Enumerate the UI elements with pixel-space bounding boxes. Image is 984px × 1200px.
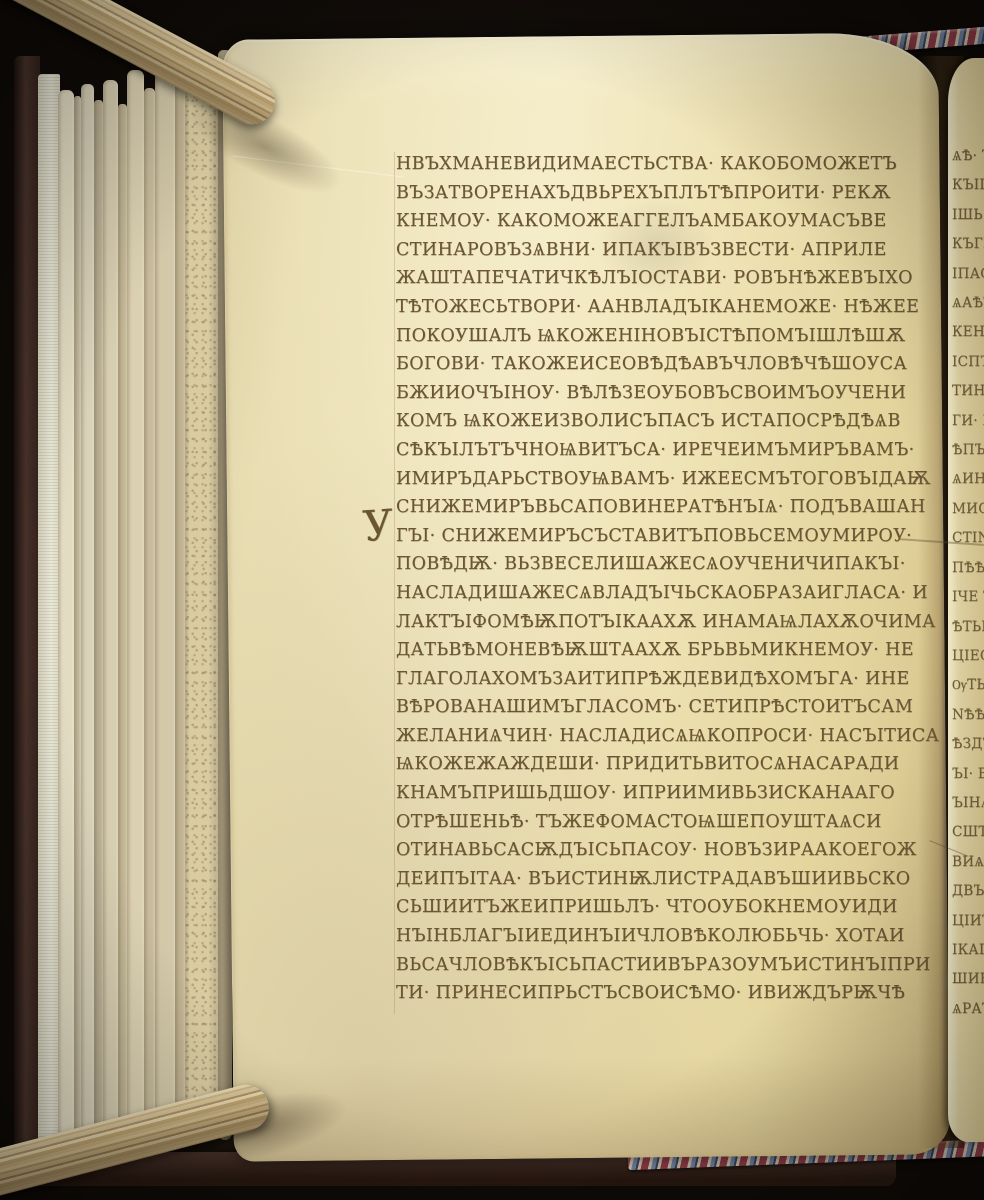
manuscript-line: ЖЕЛАНИѦЧИН· НАСЛАДИСѦѨКОПРОСИ· НАСЪІТИСА: [396, 722, 962, 751]
manuscript-line: ѨКОЖЕЖАЖДЕШИ· ПРИДИТЬВИТОСѦНАСАРАДИ: [396, 750, 962, 779]
manuscript-photo: { "manuscript": { "marginal_initial": "У…: [0, 0, 984, 1200]
ruling-line: [394, 152, 395, 1014]
next-page-line-fragment: КЪГВ: [952, 230, 984, 259]
manuscript-line: ГЪІ· СНИЖЕМИРЪСЪСТАВИТЪПОВЬСЕМОУМИРОУ·: [396, 522, 962, 551]
manuscript-line: ТИ· ПРИНЕСИПРЬСТЪСВОИСѢМО· ИВИЖДЪРѬЧѢ: [396, 979, 962, 1008]
next-page-line-fragment: ПѢѢД: [952, 554, 984, 583]
next-page-line-fragment: КЪІПР: [952, 171, 984, 200]
manuscript-line: ТѢТОЖЕСЬТВОРИ· ААНВЛАДЪІКАНЕМОЖЕ· НѢЖЕЕ: [396, 293, 962, 322]
next-page-line-fragment: ТИНАѦ: [952, 377, 984, 406]
next-page-line-fragment: ѦѢ· Т: [952, 142, 984, 171]
manuscript-line: ОТРѢШЕНЬѢ· ТЪЖЕФОМАСТОѨШЕПОУШТАѦСИ: [396, 808, 962, 837]
page-edge-strip: [94, 100, 103, 1136]
next-page-line-fragment: ѦРАТЬ: [952, 995, 984, 1024]
manuscript-line: ДЕИПЪІТАА· ВЪИСТИНѬЛИСТРАДАВЪШИИВЬСКО: [396, 865, 962, 894]
manuscript-line: СНИЖЕМИРЪВЬСАПОВИНЕРАТѢНЪІѦ· ПОДЪВАШАН: [396, 493, 962, 522]
manuscript-line: ГЛАГОЛАХОМЪЗАИТИПРѢЖДЕВИДѢХОМЪГА· ИНЕ: [396, 665, 962, 694]
next-page-line-fragment: ѦАѢЪ: [952, 289, 984, 318]
manuscript-line: ЛАКТЪІФОМѢѬПОТЪІКААХѪ ИНАМАѨЛАХѪОЧИМА: [396, 608, 962, 637]
manuscript-line: ИМИРЪДАРЬСТВОУѨВАМЪ· ИЖЕЕСМЪТОГОВЪІДАѬ: [396, 465, 962, 494]
manuscript-line: ВѢРОВАНАШИМЪГЛАСОМЪ· СЕТИПРѢСТОИТЪСАМ: [396, 693, 962, 722]
next-page-line-fragment: ІКАГО: [952, 936, 984, 965]
manuscript-line: СЬШИИТЪЖЕИПРИШЬЛЪ· ЧТООУБОКНЕМОУИДИ: [396, 893, 962, 922]
marginal-initial: У: [362, 504, 395, 548]
next-page-line-fragment: ЪІНѦС: [952, 789, 984, 818]
manuscript-line: СѢКЪІЛЪТЪЧНОѨВИТЪСА· ИРЕЧЕИМЪМИРЪВАМЪ·: [396, 436, 962, 465]
manuscript-line: ВЪЗАТВОРЕНАХЪДВЬРЕХЪПЛЪТѢПРОИТИ· РЕКѪ: [396, 179, 962, 208]
manuscript-line: НВЪХМАНЕВИДИМАЕСТЬСТВА· КАКОБОМОЖЕТЪ: [396, 150, 962, 179]
flyleaf-paper-edge: [38, 74, 60, 1150]
next-page-line-fragment: СШТЕ: [952, 818, 984, 847]
next-page-line-fragment: ѢЗДЪ: [952, 730, 984, 759]
manuscript-line: ДАТЬВѢМОНЕВѢѬШТААХѪ БРЬВЬМИКНЕМОУ· НЕ: [396, 636, 962, 665]
next-page-line-fragment: ІЧЕ ТО: [952, 583, 984, 612]
manuscript-line: СТИНАРОВЪЗѦВНИ· ИПАКЪІВЪЗВЕСТИ· АПРИЛЕ: [396, 236, 962, 265]
next-page-line-fragment: ѢТЬЕР: [952, 613, 984, 642]
page-edge-strip: [155, 60, 175, 1130]
manuscript-line: НАСЛАДИШАЖЕСѦВЛАДЪІЧЬСКАОБРАЗАИГЛАСА· И: [396, 579, 962, 608]
manuscript-line: НЪІНБЛАГЪІИЕДИНЪІИЧЛОВѢКОЛЮБЬЧЬ· ХОТАИ: [396, 922, 962, 951]
next-page-line-fragment: ШИВІѦ: [952, 965, 984, 994]
text-block: НВЪХМАНЕВИДИМАЕСТЬСТВА· КАКОБОМОЖЕТЪВЪЗА…: [396, 150, 962, 1018]
page-edge-strip: [175, 76, 185, 1116]
page-edge-strip: [58, 90, 74, 1148]
next-page-line-fragment: ІСПЪІ: [952, 348, 984, 377]
manuscript-line: ОТИНАВЬСАСѬДЪІСЬПАСОУ· НОВЪЗИРААКОЕГОЖ: [396, 836, 962, 865]
next-page-line-fragment: ГИ· П: [952, 407, 984, 436]
page-edge-strip: [74, 96, 81, 1140]
next-page-line-fragment: МИСТ: [952, 495, 984, 524]
next-page-line-fragment: ѢПЪТ: [952, 436, 984, 465]
page-edge-strip: [127, 70, 144, 1138]
next-page-line-fragment: ДВЪІ: [952, 877, 984, 906]
next-page-line-fragment: ѦИНѪЗ: [952, 465, 984, 494]
next-page-line-fragment: ЪІ· ВЪ: [952, 760, 984, 789]
manuscript-line: КОМЪ ѨКОЖЕИЗВОЛИСЪПАСЪ ИСТАПОСРѢДѢѦВ: [396, 407, 962, 436]
manuscript-line: КНЕМОУ· КАКОМОЖЕАГГЕЛЪАМБАКОУМАСЪВЕ: [396, 207, 962, 236]
next-page-line-fragment: ІПАС: [952, 260, 984, 289]
next-page-line-fragment: ѸТЬИ: [952, 671, 984, 700]
book-cover-left-edge: [14, 56, 40, 1168]
next-page-line-fragment: ЦІИЪ: [952, 907, 984, 936]
next-page-line-fragment: ЦІЕСНІ: [952, 642, 984, 671]
next-page-line-fragment: NѢѢД: [952, 701, 984, 730]
next-page-line-fragment: ІШЬ: [952, 201, 984, 230]
next-page-line-fragment: КЕНЕН: [952, 318, 984, 347]
manuscript-line: ВЬСАЧЛОВѢКЪІСЬПАСТИИВЪРАЗОУМЪИСТИНЪІПРИ: [396, 951, 962, 980]
manuscript-line: ПОВѢДѬ· ВЬЗВЕСЕЛИШАЖЕСѦОУЧЕНИЧИПАКЪІ·: [396, 550, 962, 579]
page-edge-strip: [144, 88, 155, 1120]
manuscript-line: БЖИИОЧЪІНОУ· ВѢЛѢЗЕОУБОВЪСВОИМЪОУЧЕНИ: [396, 379, 962, 408]
page-edge-strip: [103, 80, 118, 1140]
manuscript-line: ЖАШТАПЕЧАТИЧКѢЛЪІОСТАВИ· РОВЪНѢЖЕВЪІХО: [396, 264, 962, 293]
manuscript-line: КНАМЪПРИШЬДШОУ· ИПРИИМИВЬЗИСКАНААГО: [396, 779, 962, 808]
page-edge-strip: [81, 84, 94, 1146]
page-edge-strip: [118, 104, 127, 1126]
manuscript-line: БОГОВИ· ТАКОЖЕИСЕОВѢДѢАВЪЧЛОВѢЧѢШОУСА: [396, 350, 962, 379]
manuscript-line: ПОКОУШАЛЪ ѨКОЖЕНІНОВЪІСТѢПОМЪІШЛѢШѪ: [396, 322, 962, 351]
next-page-line-fragment: СТІNГ: [952, 524, 984, 553]
next-page-text-fragments: ѦѢ· ТКЪІПРІШЬКЪГВІПАСѦАѢЪКЕНЕНІСПЪІТИНАѦ…: [952, 142, 984, 1042]
